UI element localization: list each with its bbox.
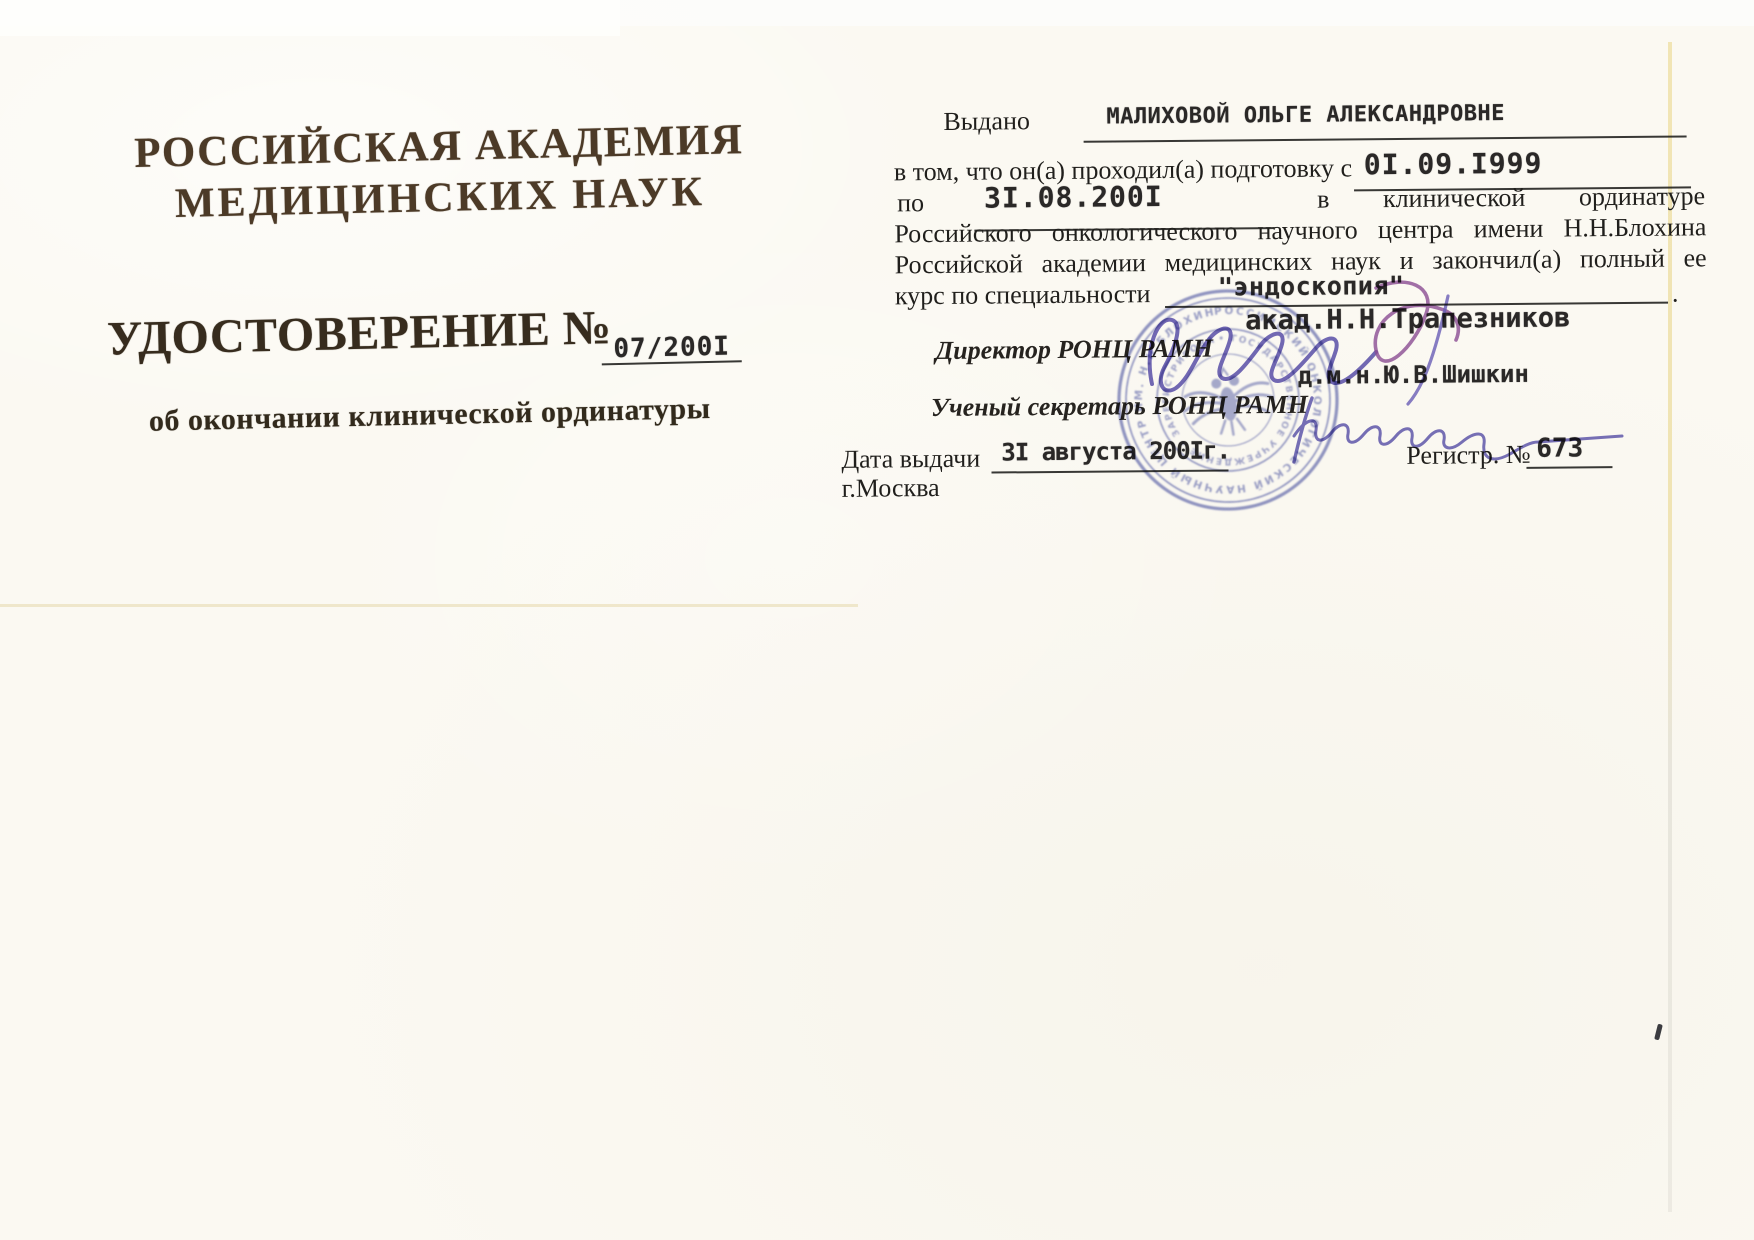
scan-topleft-edge bbox=[0, 0, 620, 36]
document-number: 07/200I bbox=[613, 332, 730, 365]
issue-date-label: Дата выдачи bbox=[841, 444, 980, 475]
horizontal-fold-line bbox=[0, 604, 858, 607]
certificate-scan-page: РОССИЙСКАЯ АКАДЕМИЯ МЕДИЦИНСКИХ НАУК УДО… bbox=[0, 0, 1754, 1240]
recipient-name: МАЛИХОВОЙ ОЛЬГЕ АЛЕКСАНДРОВНЕ bbox=[1106, 101, 1505, 129]
body-line3-prefix: по bbox=[897, 188, 924, 218]
date-to: 3I.08.200I bbox=[984, 180, 1163, 215]
secretary-signature bbox=[1276, 390, 1646, 480]
city-label: г.Москва bbox=[842, 473, 940, 504]
ink-speck bbox=[1654, 1024, 1663, 1041]
date-from: 0I.09.I999 bbox=[1364, 147, 1543, 182]
letterhead-block: РОССИЙСКАЯ АКАДЕМИЯ МЕДИЦИНСКИХ НАУК УДО… bbox=[84, 104, 802, 470]
word-ordinature: ординатуре bbox=[1579, 181, 1705, 212]
word-v: в bbox=[1317, 185, 1330, 215]
word-klinicheskoy: клинической bbox=[1383, 183, 1526, 214]
document-title: УДОСТОВЕРЕНИЕ № bbox=[106, 300, 612, 366]
document-subtitle: об окончании клинической ординатуры bbox=[149, 392, 711, 439]
specialty-line-period: . bbox=[1672, 279, 1679, 309]
recipient-name-underline bbox=[1084, 135, 1687, 142]
body-line3-suffix: в клинической ординатуре bbox=[1317, 181, 1705, 214]
issued-label: Выдано bbox=[943, 106, 1030, 137]
